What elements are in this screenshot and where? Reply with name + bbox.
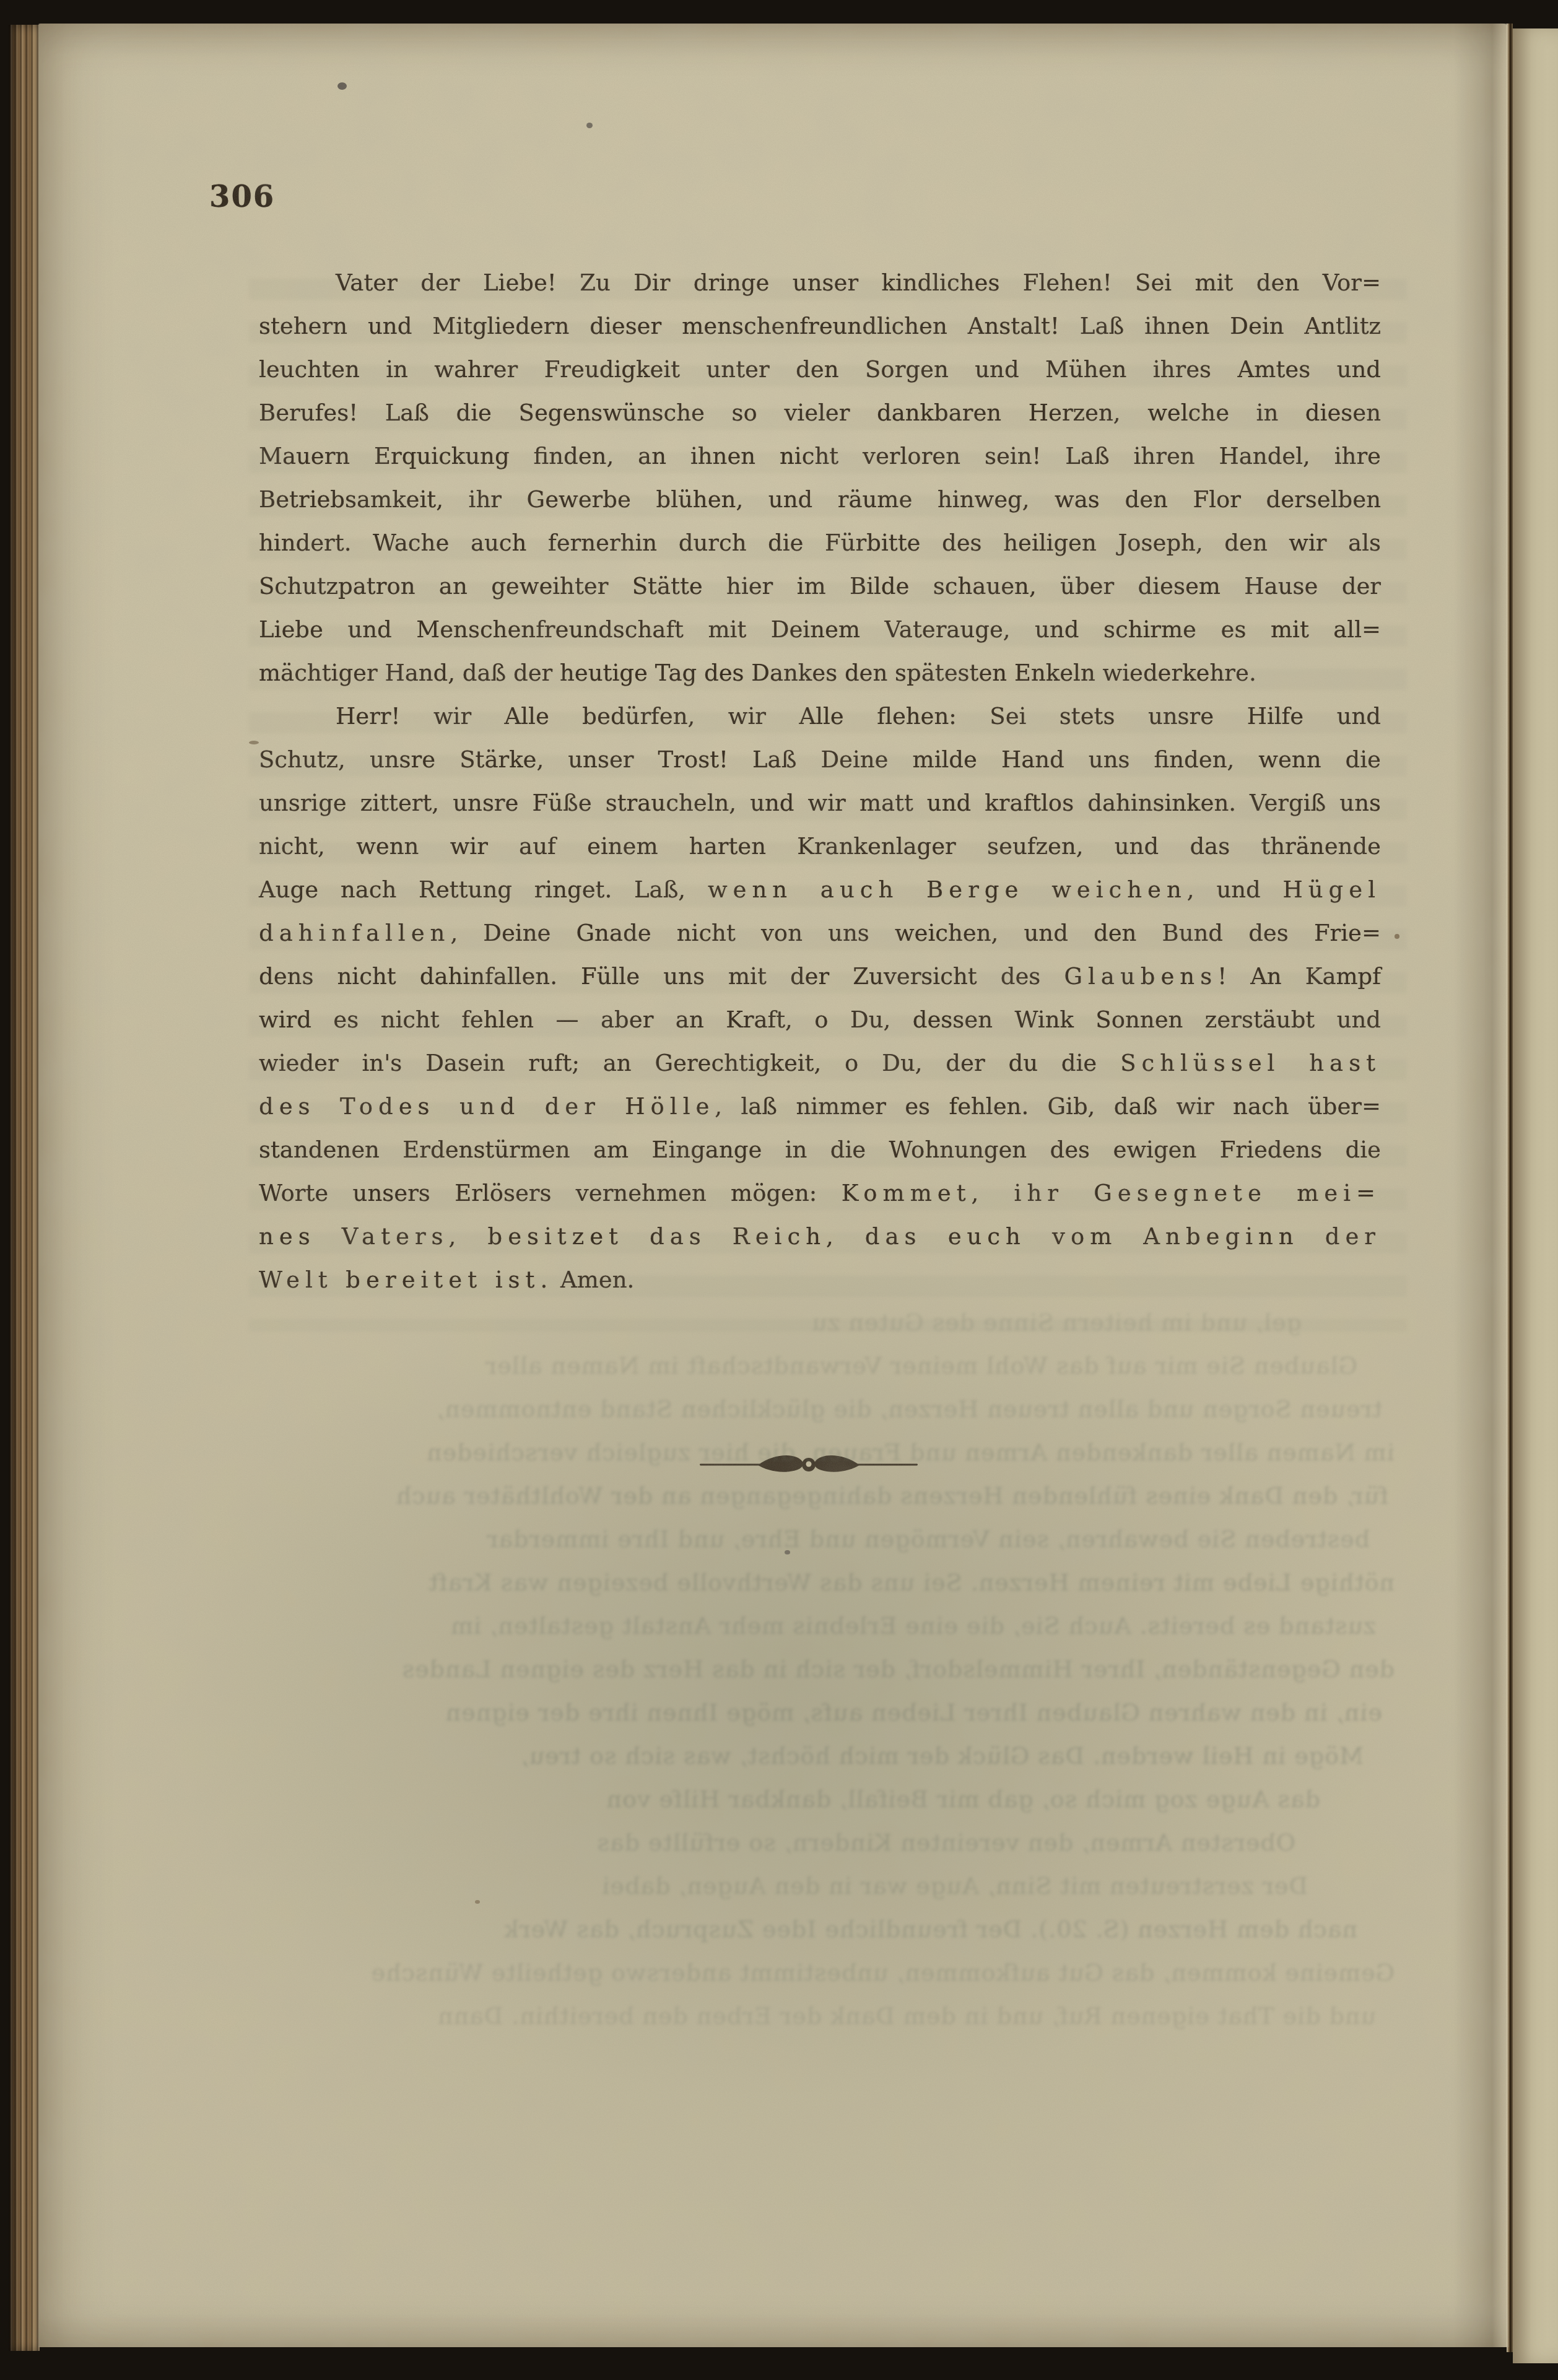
text-segment: , laß nimmer es fehlen. Gib, daß wir nac… — [715, 1093, 1381, 1120]
text-line: Betriebsamkeit, ihr Gewerbe blühen, und … — [259, 478, 1381, 521]
dust-speck — [586, 123, 593, 128]
emphasized-spaced-text: des Todes und der Hölle — [259, 1093, 715, 1120]
bleedthrough-line: den Gegenständen, Ihrer Himmelsdorf, der… — [193, 1647, 1395, 1691]
emphasized-spaced-text: Glaubens — [1064, 963, 1217, 990]
adjacent-page-edge — [1513, 28, 1558, 2363]
bleedthrough-line: gel, und im heitern Sinne des Guten zu — [193, 1301, 1395, 1344]
bleedthrough-line: ein, in den wahren Glauben Ihrer Lieben … — [193, 1691, 1395, 1734]
text-segment: nicht, wenn wir auf einem harten Kranken… — [259, 833, 1381, 860]
text-line: leuchten in wahrer Freudigkeit unter den… — [259, 348, 1381, 391]
text-line: mächtiger Hand, daß der heutige Tag des … — [259, 652, 1381, 695]
text-segment: Schutzpatron an geweihter Stätte hier im… — [259, 573, 1381, 599]
text-segment: , und — [1187, 876, 1283, 903]
text-line: Herr! wir Alle bedürfen, wir Alle flehen… — [259, 695, 1381, 738]
text-segment: Vater der Liebe! Zu Dir dringe unser kin… — [336, 269, 1381, 296]
dust-speck — [1395, 934, 1399, 939]
bleedthrough-line: nach dem Herzen (S. 20.). Der freundlich… — [193, 1907, 1395, 1951]
text-line: standenen Erdenstürmen am Eingange in di… — [259, 1128, 1381, 1172]
bleedthrough-line: treuen Sorgen und allen treuen Herzen, d… — [193, 1387, 1395, 1431]
bleedthrough-line: und die That eigenen Ruf, und in dem Dan… — [193, 1994, 1395, 2038]
bleedthrough-line: bestreben Sie bewahren, sein Vermögen un… — [193, 1517, 1395, 1561]
book-binding-page-stack — [9, 25, 40, 2351]
page-fold-crease — [1507, 24, 1513, 2352]
text-segment: , Deine Gnade nicht von uns weichen, und… — [450, 920, 1381, 946]
dust-speck — [249, 741, 259, 744]
scanned-book-photo: 306 Vater der Liebe! Zu Dir dringe unser… — [0, 0, 1558, 2380]
text-segment: Liebe und Menschenfreundschaft mit Deine… — [259, 616, 1381, 643]
text-line: Auge nach Rettung ringet. Laß, wenn auch… — [259, 868, 1381, 912]
text-segment: Auge nach Rettung ringet. Laß, — [259, 876, 708, 903]
emphasized-spaced-text: Schlüssel hast — [1120, 1050, 1381, 1076]
text-segment: mächtiger Hand, daß der heutige Tag des … — [259, 660, 1256, 686]
text-segment: Herr! wir Alle bedürfen, wir Alle flehen… — [336, 703, 1381, 730]
text-line: dens nicht dahinfallen. Fülle uns mit de… — [259, 955, 1381, 998]
text-segment: Mauern Erquickung finden, an ihnen nicht… — [259, 443, 1381, 469]
text-line: Berufes! Laß die Segenswünsche so vieler… — [259, 391, 1381, 435]
text-line: hindert. Wache auch fernerhin durch die … — [259, 521, 1381, 565]
text-segment: Betriebsamkeit, ihr Gewerbe blühen, und … — [259, 486, 1381, 513]
text-segment: dens nicht dahinfallen. Fülle uns mit de… — [259, 963, 1064, 990]
text-line: Mauern Erquickung finden, an ihnen nicht… — [259, 435, 1381, 478]
dust-speck — [337, 82, 347, 90]
bleedthrough-line: Obersten Armen, den vereinten Kindern, s… — [193, 1821, 1395, 1864]
dust-speck — [475, 1900, 480, 1904]
text-line: Schutz, unsre Stärke, unser Trost! Laß D… — [259, 738, 1381, 782]
text-line: Schutzpatron an geweihter Stätte hier im… — [259, 565, 1381, 608]
text-line: wird es nicht fehlen — aber an Kraft, o … — [259, 998, 1381, 1042]
text-line: Liebe und Menschenfreundschaft mit Deine… — [259, 608, 1381, 652]
text-segment: standenen Erdenstürmen am Eingange in di… — [259, 1136, 1381, 1163]
text-line: unsrige zittert, unsre Füße straucheln, … — [259, 782, 1381, 825]
bleedthrough-line: zustand es bereits. Auch Sie, die eine E… — [193, 1604, 1395, 1647]
text-line: nes Vaters, besitzet das Reich, das euch… — [259, 1215, 1381, 1258]
emphasized-spaced-text: dahinfallen — [259, 920, 450, 946]
text-segment: Amen. — [553, 1266, 634, 1293]
body-text: Vater der Liebe! Zu Dir dringe unser kin… — [259, 261, 1381, 1302]
emphasized-spaced-text: wenn auch Berge weichen — [708, 876, 1187, 903]
text-line: Vater der Liebe! Zu Dir dringe unser kin… — [259, 261, 1381, 305]
bleedthrough-line: Der zerstreuten mit Sinn, Auge war in de… — [193, 1864, 1395, 1907]
text-segment: leuchten in wahrer Freudigkeit unter den… — [259, 356, 1381, 383]
emphasized-spaced-text: Kommet, ihr Gesegnete mei= — [842, 1180, 1381, 1206]
text-segment: hindert. Wache auch fernerhin durch die … — [259, 530, 1381, 556]
bleedthrough-line: nöthige Liebe mit reinem Herzen. Sei uns… — [193, 1561, 1395, 1604]
book-page: 306 Vater der Liebe! Zu Dir dringe unser… — [38, 24, 1509, 2347]
text-line: Welt bereitet ist. Amen. — [259, 1258, 1381, 1302]
text-line: stehern und Mitgliedern dieser menschenf… — [259, 305, 1381, 348]
text-segment: ! An Kampf — [1217, 963, 1381, 990]
page-number: 306 — [209, 180, 275, 214]
text-line: nicht, wenn wir auf einem harten Kranken… — [259, 825, 1381, 868]
dust-speck — [785, 1550, 790, 1554]
text-segment: Worte unsers Erlösers vernehmen mögen: — [259, 1180, 842, 1206]
emphasized-spaced-text: Hügel — [1282, 876, 1381, 903]
bleedthrough-line: Glauben Sie mir auf das Wohl meiner Verw… — [193, 1344, 1395, 1387]
emphasized-spaced-text: nes Vaters, besitzet das Reich, das euch… — [259, 1223, 1381, 1250]
text-line: dahinfallen, Deine Gnade nicht von uns w… — [259, 912, 1381, 955]
text-line: des Todes und der Hölle, laß nimmer es f… — [259, 1085, 1381, 1128]
text-segment: unsrige zittert, unsre Füße straucheln, … — [259, 790, 1381, 816]
text-segment: wird es nicht fehlen — aber an Kraft, o … — [259, 1006, 1381, 1033]
text-segment: wieder in's Dasein ruft; an Gerechtigkei… — [259, 1050, 1120, 1076]
bleedthrough-line: Möge in Heil werden. Das Glück der mich … — [193, 1734, 1395, 1777]
bleedthrough-line: für, den Dank eines fühlenden Herzens da… — [193, 1474, 1395, 1517]
text-segment: Berufes! Laß die Segenswünsche so vieler… — [259, 399, 1381, 426]
bleedthrough-line: das Auge zog mich so, gab mir Beifall, d… — [193, 1777, 1395, 1821]
text-segment: stehern und Mitgliedern dieser menschenf… — [259, 313, 1381, 339]
emphasized-spaced-text: Welt bereitet ist. — [259, 1266, 553, 1293]
text-segment: Schutz, unsre Stärke, unser Trost! Laß D… — [259, 746, 1381, 773]
bleedthrough-line: Gemeine kommen, das Gut aufkommen, unbes… — [193, 1951, 1395, 1994]
bleedthrough-text: gel, und im heitern Sinne des Guten zuGl… — [193, 1301, 1395, 2038]
bleedthrough-line: im Namen aller dankenden Armen und Fraue… — [193, 1431, 1395, 1474]
text-line: Worte unsers Erlösers vernehmen mögen: K… — [259, 1172, 1381, 1215]
text-line: wieder in's Dasein ruft; an Gerechtigkei… — [259, 1042, 1381, 1085]
